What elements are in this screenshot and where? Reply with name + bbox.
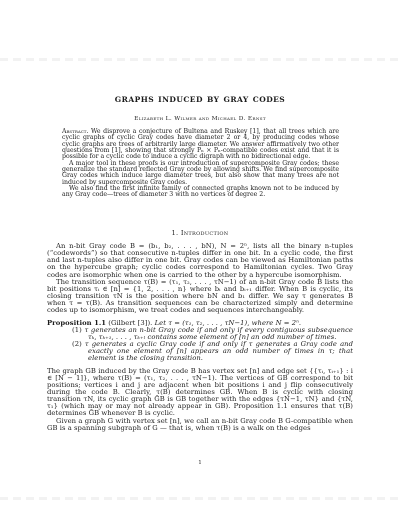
body-paragraph-3: The graph GB induced by the Gray code B …: [47, 368, 353, 418]
body-paragraph-4: Given a graph G with vertex set [n], we …: [47, 418, 353, 432]
intro-paragraph-2: The transition sequence τ(B) = (τ₁, τ₂, …: [47, 279, 353, 315]
proposition-item: (1) τ generates an n-bit Gray code if an…: [72, 327, 353, 341]
abstract-paragraph: A major tool in these proofs is our intr…: [62, 161, 339, 186]
item-text: τ generates a cyclic Gray code if and on…: [85, 340, 353, 362]
body-text: An n-bit Gray code B = (b₁, b₂, . . . , …: [47, 243, 353, 432]
abstract-paragraph: Abstract. We disprove a conjecture of Bu…: [62, 129, 339, 161]
abstract: Abstract. We disprove a conjecture of Bu…: [62, 129, 339, 199]
abstract-paragraph: We also find the first infinite family o…: [62, 186, 339, 199]
paper-authors: Elizabeth L. Wilmer and Michael D. Ernst: [0, 116, 400, 122]
item-marker: (2): [72, 340, 82, 348]
abstract-text: We disprove a conjecture of Bultena and …: [62, 128, 339, 160]
item-marker: (1): [72, 326, 82, 334]
section-heading: 1. Introduction: [0, 229, 400, 237]
proposition-block: Proposition 1.1 (Gilbert [3]). Let τ = (…: [47, 320, 353, 363]
proposition-item: (2) τ generates a cyclic Gray code if an…: [72, 341, 353, 362]
page-number: 1: [0, 460, 400, 466]
page-edge-dashed-separator-bottom: [0, 497, 400, 500]
item-text: τ generates an n-bit Gray code if and on…: [84, 326, 353, 341]
paper-page: GRAPHS INDUCED BY GRAY CODES Elizabeth L…: [0, 0, 400, 518]
intro-paragraph-1: An n-bit Gray code B = (b₁, b₂, . . . , …: [47, 243, 353, 279]
paper-title: GRAPHS INDUCED BY GRAY CODES: [0, 95, 400, 104]
page-edge-dashed-separator-top: [0, 58, 400, 61]
